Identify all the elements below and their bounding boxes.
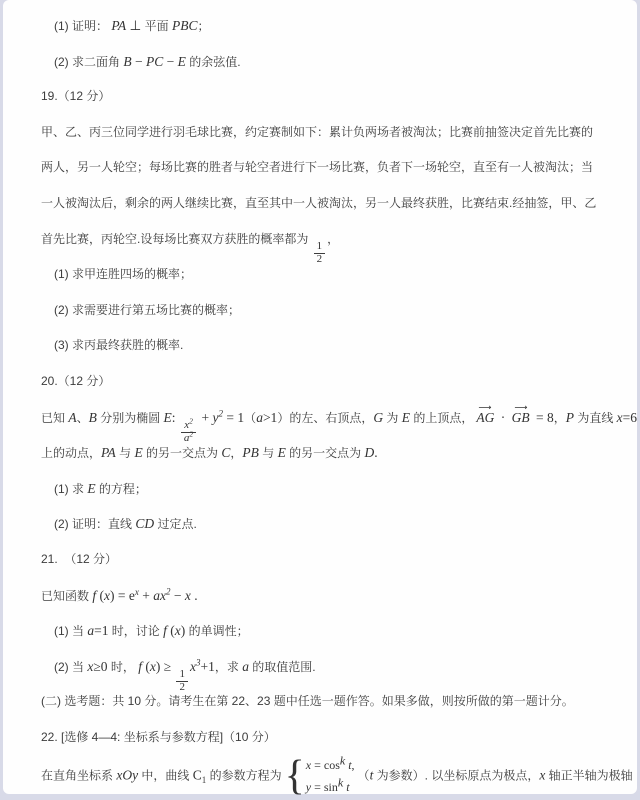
text-run: 21. （12 分） bbox=[41, 552, 117, 566]
q18-part2: (2) 求二面角 B − PC − E 的余弦值. bbox=[41, 44, 609, 80]
math-italic: t bbox=[343, 780, 349, 794]
text-run: 分别为椭圆 bbox=[97, 411, 164, 425]
q19-heading: 19.（12 分） bbox=[41, 79, 609, 115]
math-roman: = cos bbox=[311, 758, 340, 772]
text-run: 一人被淘汰后，剩余的两人继续比赛，直至其中一人被淘汰，另一人最终获胜，比赛结束.… bbox=[41, 196, 596, 210]
math-roman: 1 bbox=[179, 668, 185, 680]
math-italic: G bbox=[373, 410, 383, 425]
math-italic: E bbox=[402, 410, 410, 425]
text-run: ， bbox=[554, 411, 566, 425]
text-run: （ bbox=[244, 411, 256, 425]
fraction: 12 bbox=[314, 241, 326, 265]
math-italic: B bbox=[89, 410, 97, 425]
text-run: 20.（12 分） bbox=[41, 374, 110, 388]
vector: ⟶AG bbox=[476, 411, 494, 425]
text-run: ， bbox=[230, 446, 242, 460]
q19-part3: (3) 求丙最终获胜的概率. bbox=[41, 328, 609, 364]
vector-arrow-icon: ⟶ bbox=[514, 404, 527, 412]
math-roman: 2 bbox=[317, 253, 323, 265]
math-roman: = 8 bbox=[533, 410, 554, 425]
text-run: (1) 求 bbox=[54, 482, 87, 496]
math-roman: = 1 bbox=[223, 410, 244, 425]
text-run: 首先比赛，丙轮空.设每场比赛双方获胜的概率都为 bbox=[41, 232, 312, 246]
math-italic: PC bbox=[146, 54, 163, 69]
numerator: 1 bbox=[314, 241, 326, 253]
q18-part1: (1) 证明： PA ⊥ 平面 PBC； bbox=[41, 8, 609, 44]
math-roman: ( bbox=[96, 588, 104, 603]
math-italic: a bbox=[256, 410, 263, 425]
text-run: 的参数方程为 bbox=[206, 769, 281, 783]
math-roman: · bbox=[497, 410, 508, 425]
q21-body: 已知函数 f (x) = ex + ax2 − x . bbox=[41, 578, 609, 614]
text-run: 的上顶点， bbox=[410, 411, 473, 425]
math-roman: +1 bbox=[200, 659, 214, 674]
superscript: 2 bbox=[189, 416, 193, 425]
math-roman: 1 bbox=[317, 240, 323, 252]
text-run: （ bbox=[358, 769, 370, 783]
math-power: x2 bbox=[160, 588, 171, 603]
math-roman: ) ≥ bbox=[156, 659, 175, 674]
text-run: ，求 bbox=[215, 660, 242, 674]
math-italic: a bbox=[153, 588, 160, 603]
q20-part2: (2) 证明：直线 CD 过定点. bbox=[41, 506, 609, 542]
exam-body: (1) 证明： PA ⊥ 平面 PBC；(2) 求二面角 B − PC − E … bbox=[41, 8, 609, 790]
text-run: 19.（12 分） bbox=[41, 89, 110, 103]
text-run: 甲、乙、丙三位同学进行羽毛球比赛，约定赛制如下：累计负两场者被淘汰；比赛前抽签决… bbox=[41, 125, 593, 139]
text-run: 22. [选修 4—4: 坐标系与参数方程]（10 分） bbox=[41, 730, 276, 744]
text-run: 为直线 bbox=[574, 411, 617, 425]
text-run: (2) 求需要进行第五场比赛的概率； bbox=[54, 303, 240, 317]
vector: ⟶GB bbox=[512, 411, 530, 425]
text-run: (3) 求丙最终获胜的概率. bbox=[54, 338, 183, 352]
math-italic: a bbox=[242, 659, 249, 674]
cases-row: y = sink t bbox=[306, 777, 355, 798]
text-run: 与 bbox=[116, 446, 135, 460]
text-run: 与 bbox=[259, 446, 278, 460]
math-roman: + bbox=[198, 410, 212, 425]
math-italic: E bbox=[164, 410, 172, 425]
text-run: 中，曲线 bbox=[138, 769, 193, 783]
q20-heading: 20.（12 分） bbox=[41, 364, 609, 400]
cases-rows: x = cosk t,y = sink t bbox=[306, 755, 355, 798]
math-italic: E bbox=[87, 481, 95, 496]
math-italic: P bbox=[566, 410, 574, 425]
q20-body-line1: 已知 A、B 分别为椭圆 E: x2a2 + y2 = 1（a>1）的左、右顶点… bbox=[41, 400, 609, 436]
math-italic: GB bbox=[512, 410, 530, 425]
math-roman: , bbox=[352, 758, 355, 772]
math-roman: =6 bbox=[623, 410, 637, 425]
text-run: 为参数）. 以坐标原点为极点， bbox=[373, 769, 539, 783]
math-italic: PA bbox=[111, 18, 126, 33]
q21-heading: 21. （12 分） bbox=[41, 542, 609, 578]
math-italic: CD bbox=[135, 516, 154, 531]
text-run: (2) 当 bbox=[54, 660, 87, 674]
math-power: y2 bbox=[213, 410, 224, 425]
math-italic: E bbox=[134, 445, 142, 460]
denominator: 2 bbox=[314, 253, 326, 266]
text-run: 时，讨论 bbox=[108, 624, 163, 638]
math-roman: . bbox=[191, 588, 198, 603]
left-brace: { bbox=[285, 758, 305, 796]
math-power: x3 bbox=[190, 659, 201, 674]
q20-part1: (1) 求 E 的方程； bbox=[41, 471, 609, 507]
q20-body-line2: 上的动点，PA 与 E 的另一交点为 C，PB 与 E 的另一交点为 D. bbox=[41, 435, 609, 471]
text-run: 过定点. bbox=[154, 517, 197, 531]
math-roman: + bbox=[139, 588, 153, 603]
text-run: 的另一交点为 bbox=[143, 446, 222, 460]
cases-row: x = cosk t, bbox=[306, 755, 355, 776]
math-roman: : bbox=[172, 410, 179, 425]
q22-body: 在直角坐标系 xOy 中，曲线 C1 的参数方程为{x = cosk t,y =… bbox=[41, 755, 609, 791]
q21-part1: (1) 当 a=1 时，讨论 f (x) 的单调性； bbox=[41, 613, 609, 649]
text-run: 为 bbox=[383, 411, 402, 425]
math-roman: = sin bbox=[311, 780, 338, 794]
math-roman: ( bbox=[142, 659, 150, 674]
text-run: 已知函数 bbox=[41, 589, 92, 603]
math-roman: =1 bbox=[94, 623, 108, 638]
math-italic: PA bbox=[101, 445, 116, 460]
elective-instructions: (二) 选考题：共 10 分。请考生在第 22、23 题中任选一题作答。如果多做… bbox=[41, 684, 609, 720]
math-italic: AG bbox=[476, 410, 494, 425]
text-run: (2) 求二面角 bbox=[54, 55, 123, 69]
numerator: 1 bbox=[176, 669, 188, 681]
text-run: (1) 证明： bbox=[54, 19, 111, 33]
math-roman: ( bbox=[167, 623, 175, 638]
q19-body-line2: 两人，另一人轮空；每场比赛的胜者与轮空者进行下一场比赛，负者下一场轮空，直至有一… bbox=[41, 150, 609, 186]
text-run: (1) 当 bbox=[54, 624, 87, 638]
math-italic: D bbox=[365, 445, 375, 460]
text-run: ）的左、右顶点， bbox=[277, 411, 373, 425]
text-run: ； bbox=[197, 19, 209, 33]
text-run: 时， bbox=[108, 660, 139, 674]
q19-body-line3: 一人被淘汰后，剩余的两人继续比赛，直至其中一人被淘汰，另一人最终获胜，比赛结束.… bbox=[41, 186, 609, 222]
math-italic: B bbox=[123, 54, 131, 69]
text-run: 轴正半轴为极轴 bbox=[545, 769, 632, 783]
math-italic: PBC bbox=[172, 18, 198, 33]
math-roman: − bbox=[132, 54, 146, 69]
math-italic: A bbox=[68, 410, 76, 425]
exam-sheet: (1) 证明： PA ⊥ 平面 PBC；(2) 求二面角 B − PC − E … bbox=[3, 0, 637, 794]
text-run: 两人，另一人轮空；每场比赛的胜者与轮空者进行下一场比赛，负者下一场轮空，直至有一… bbox=[41, 160, 593, 174]
text-run: 、 bbox=[77, 411, 89, 425]
q21-part2: (2) 当 x≥0 时， f (x) ≥ 12x3+1，求 a 的取值范围. bbox=[41, 649, 609, 685]
text-run: 的单调性； bbox=[185, 624, 248, 638]
q22-heading: 22. [选修 4—4: 坐标系与参数方程]（10 分） bbox=[41, 720, 609, 756]
text-run: 的另一交点为 bbox=[286, 446, 365, 460]
text-run: 上的动点， bbox=[41, 446, 101, 460]
text-run: (2) 证明：直线 bbox=[54, 517, 135, 531]
math-italic: xOy bbox=[116, 768, 138, 783]
math-roman: ⊥ bbox=[126, 18, 145, 33]
text-run: 平面 bbox=[145, 19, 172, 33]
math-roman: ≥0 bbox=[93, 659, 107, 674]
text-run: 的取值范围. bbox=[249, 660, 316, 674]
math-roman: C bbox=[193, 768, 202, 783]
text-run: ， bbox=[327, 232, 339, 246]
math-italic: PB bbox=[242, 445, 259, 460]
math-roman: ) = e bbox=[110, 588, 135, 603]
q19-body-line4: 首先比赛，丙轮空.设每场比赛双方获胜的概率都为 12， bbox=[41, 222, 609, 258]
math-italic: E bbox=[178, 54, 186, 69]
cases-equation: {x = cosk t,y = sink t bbox=[285, 755, 355, 798]
q19-body-line1: 甲、乙、丙三位同学进行羽毛球比赛，约定赛制如下：累计负两场者被淘汰；比赛前抽签决… bbox=[41, 115, 609, 151]
text-run: 已知 bbox=[41, 411, 68, 425]
math-italic: E bbox=[278, 445, 286, 460]
text-run: 在直角坐标系 bbox=[41, 769, 116, 783]
math-roman: − bbox=[170, 588, 184, 603]
vector-arrow-icon: ⟶ bbox=[479, 404, 492, 412]
math-roman: − bbox=[163, 54, 177, 69]
text-run: (1) 求甲连胜四场的概率； bbox=[54, 267, 192, 281]
text-run: 的余弦值. bbox=[186, 55, 241, 69]
math-roman: . bbox=[374, 445, 377, 460]
math-roman: >1 bbox=[263, 410, 277, 425]
q19-part2: (2) 求需要进行第五场比赛的概率； bbox=[41, 293, 609, 329]
text-run: 的方程； bbox=[96, 482, 147, 496]
text-run: (二) 选考题：共 10 分。请考生在第 22、23 题中任选一题作答。如果多做… bbox=[41, 694, 574, 708]
